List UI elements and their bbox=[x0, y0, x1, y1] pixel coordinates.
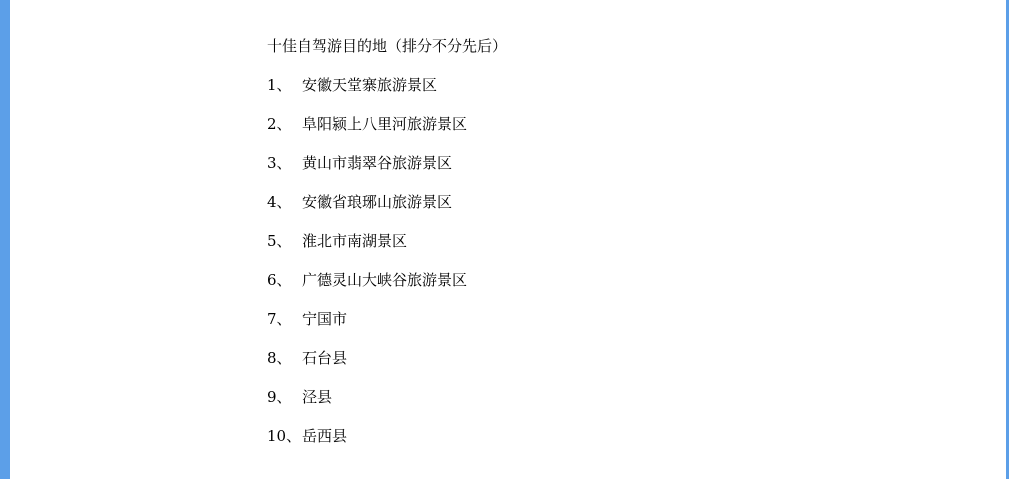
item-name: 岳西县 bbox=[302, 429, 347, 444]
destination-list: 1、 安徽天堂寨旅游景区 2、 阜阳颍上八里河旅游景区 3、 黄山市翡翠谷旅游景… bbox=[267, 66, 507, 456]
list-item: 8、 石台县 bbox=[267, 339, 507, 378]
item-name: 宁国市 bbox=[302, 312, 347, 327]
list-item: 4、 安徽省琅琊山旅游景区 bbox=[267, 183, 507, 222]
item-number: 6、 bbox=[267, 273, 302, 288]
list-item: 10、 岳西县 bbox=[267, 417, 507, 456]
list-item: 3、 黄山市翡翠谷旅游景区 bbox=[267, 144, 507, 183]
list-item: 6、 广德灵山大峡谷旅游景区 bbox=[267, 261, 507, 300]
article-content: 十佳自驾游目的地（排分不分先后） 1、 安徽天堂寨旅游景区 2、 阜阳颍上八里河… bbox=[267, 27, 507, 456]
page-root: 十佳自驾游目的地（排分不分先后） 1、 安徽天堂寨旅游景区 2、 阜阳颍上八里河… bbox=[0, 0, 1009, 479]
item-number: 3、 bbox=[267, 156, 302, 171]
item-name: 安徽省琅琊山旅游景区 bbox=[302, 195, 452, 210]
item-number: 2、 bbox=[267, 117, 302, 132]
list-item: 7、 宁国市 bbox=[267, 300, 507, 339]
item-number: 4、 bbox=[267, 195, 302, 210]
item-number: 7、 bbox=[267, 312, 302, 327]
list-item: 5、 淮北市南湖景区 bbox=[267, 222, 507, 261]
item-name: 安徽天堂寨旅游景区 bbox=[302, 78, 437, 93]
item-name: 石台县 bbox=[302, 351, 347, 366]
item-number: 9、 bbox=[267, 390, 302, 405]
item-name: 黄山市翡翠谷旅游景区 bbox=[302, 156, 452, 171]
list-item: 2、 阜阳颍上八里河旅游景区 bbox=[267, 105, 507, 144]
list-item: 1、 安徽天堂寨旅游景区 bbox=[267, 66, 507, 105]
item-number: 5、 bbox=[267, 234, 302, 249]
left-accent-stripe bbox=[0, 0, 10, 479]
item-number: 8、 bbox=[267, 351, 302, 366]
list-item: 9、 泾县 bbox=[267, 378, 507, 417]
item-number: 10、 bbox=[267, 429, 302, 444]
item-name: 淮北市南湖景区 bbox=[302, 234, 407, 249]
item-name: 广德灵山大峡谷旅游景区 bbox=[302, 273, 467, 288]
page-title: 十佳自驾游目的地（排分不分先后） bbox=[267, 27, 507, 66]
page-title-text: 十佳自驾游目的地（排分不分先后） bbox=[267, 39, 507, 54]
item-name: 泾县 bbox=[302, 390, 332, 405]
item-name: 阜阳颍上八里河旅游景区 bbox=[302, 117, 467, 132]
item-number: 1、 bbox=[267, 78, 302, 93]
